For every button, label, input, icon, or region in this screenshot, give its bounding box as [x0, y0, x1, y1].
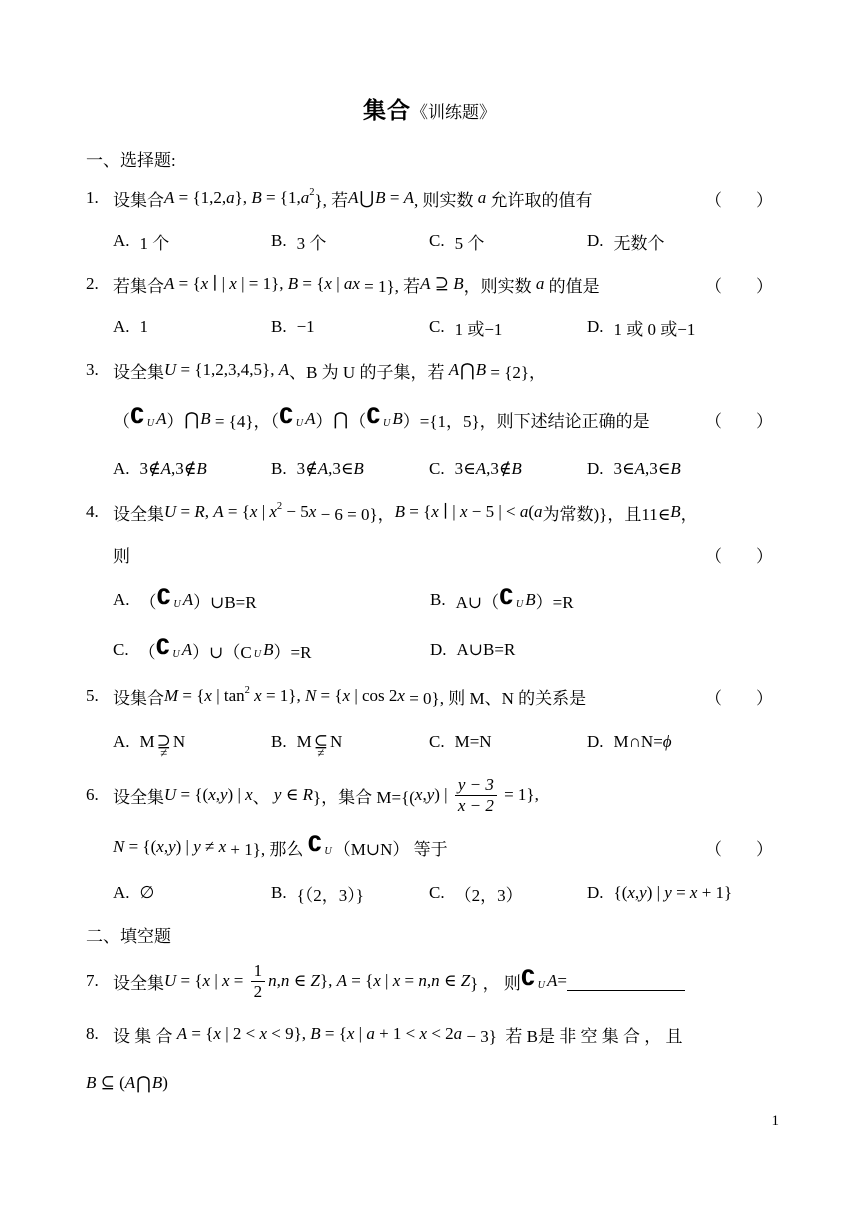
option-a: A.1	[113, 317, 271, 337]
question-number: 4.	[86, 502, 113, 522]
options-row: A.（∁UA）∪B=R B.A∪（∁UB）=R	[86, 575, 773, 625]
option-text: 3∉A,3∈B	[297, 459, 364, 479]
options-row: A.∅ B.{（2，3）} C.（2，3） D.{(x,y) | y = x +…	[86, 871, 773, 915]
option-label: B.	[430, 590, 446, 610]
question-number: 1.	[86, 188, 113, 208]
option-d: D.无数个	[587, 229, 665, 254]
question-line: 则 （ ）	[86, 533, 773, 575]
option-c: C.（∁UA）∪（CUB）=R	[113, 638, 430, 663]
page-number: 1	[772, 1113, 780, 1130]
options-row: C.（∁UA）∪（CUB）=R D.A∪B=R	[86, 625, 773, 675]
option-b: B.A∪（∁UB）=R	[430, 588, 574, 613]
option-text: M=N	[455, 732, 492, 752]
option-d: D.1 或 0 或−1	[587, 315, 695, 340]
option-text: 3∈A,3∉B	[455, 459, 522, 479]
question-number: 7.	[86, 971, 113, 991]
option-label: B.	[271, 317, 287, 337]
option-text: 无数个	[614, 229, 665, 254]
question-6: 6. 设全集U = {(x,y) | x、 y ∈ R}，集合 M={(x,y)…	[86, 767, 773, 915]
question-text: B ⊆ (A⋂B)	[86, 1073, 168, 1094]
question-line: （∁UA）⋂B = {4}，（∁UA）⋂（∁UB）={1，5}，则下述结论正确的…	[86, 391, 773, 447]
question-2: 2. 若集合A = {x ∣ | x | = 1}, B = {x | ax =…	[86, 263, 773, 349]
option-text: 1	[140, 317, 149, 337]
option-text: A∪（∁UB）=R	[456, 588, 574, 613]
option-label: A.	[113, 459, 130, 479]
option-label: C.	[429, 459, 445, 479]
option-text: A∪B=R	[457, 640, 516, 660]
question-4: 4. 设全集U = R, A = {x | x2 − 5x − 6 = 0}，B…	[86, 491, 773, 675]
option-label: D.	[587, 883, 604, 903]
option-label: A.	[113, 231, 130, 251]
question-text: 设集合M = {x | tan2 x = 1}, N = {x | cos 2x…	[113, 684, 586, 709]
option-label: B.	[271, 732, 287, 752]
answer-paren: （ ）	[705, 684, 773, 709]
option-text: （2，3）	[455, 881, 523, 906]
question-line: 1. 设集合A = {1,2,a}, B = {1,a2}, 若A⋃B = A,…	[86, 177, 773, 219]
question-number: 5.	[86, 686, 113, 706]
option-d: D.{(x,y) | y = x + 1}	[587, 883, 732, 903]
question-line: 4. 设全集U = R, A = {x | x2 − 5x − 6 = 0}，B…	[86, 491, 773, 533]
option-label: B.	[271, 459, 287, 479]
option-b: B.−1	[271, 317, 429, 337]
option-text: （∁UA）∪（CUB）=R	[139, 638, 312, 663]
option-text: 3∉A,3∉B	[140, 459, 207, 479]
answer-paren: （ ）	[705, 835, 773, 860]
option-text: 5 个	[455, 229, 485, 254]
question-line: 7. 设全集U = {x | x = 12n,n ∈ Z}, A = {x | …	[86, 953, 773, 1009]
answer-paren: （ ）	[705, 407, 773, 432]
option-c: C.5 个	[429, 229, 587, 254]
option-text: 3∈A,3∈B	[614, 459, 681, 479]
option-label: A.	[113, 590, 130, 610]
option-text: M⊆≠N	[297, 731, 343, 753]
option-d: D.3∈A,3∈B	[587, 459, 681, 479]
title-sub: 《训练题》	[411, 103, 496, 122]
option-d: D.A∪B=R	[430, 640, 515, 660]
option-text: 1 或−1	[455, 315, 503, 340]
option-b: B.3 个	[271, 229, 429, 254]
option-label: D.	[430, 640, 447, 660]
option-text: M⊇≠N	[140, 731, 186, 753]
section-heading-choice: 一、选择题:	[86, 139, 773, 177]
option-label: A.	[113, 883, 130, 903]
option-b: B.3∉A,3∈B	[271, 459, 429, 479]
answer-paren: （ ）	[705, 542, 773, 567]
option-label: B.	[271, 883, 287, 903]
option-label: C.	[429, 883, 445, 903]
option-c: C.1 或−1	[429, 315, 587, 340]
question-text: 若集合A = {x ∣ | x | = 1}, B = {x | ax = 1}…	[113, 272, 600, 297]
option-text: ∅	[140, 883, 155, 903]
question-8: 8. 设 集 合 A = {x | 2 < x < 9}, B = {x | a…	[86, 1009, 773, 1107]
option-label: C.	[429, 231, 445, 251]
question-line: 3. 设全集U = {1,2,3,4,5}, A、B 为 U 的子集，若 A⋂B…	[86, 349, 773, 391]
option-label: D.	[587, 732, 604, 752]
option-text: 1 或 0 或−1	[614, 315, 696, 340]
question-number: 6.	[86, 785, 113, 805]
option-a: A.M⊇≠N	[113, 731, 271, 753]
question-line: 5. 设集合M = {x | tan2 x = 1}, N = {x | cos…	[86, 675, 773, 717]
answer-paren: （ ）	[705, 272, 773, 297]
option-a: A.1 个	[113, 229, 271, 254]
option-text: 3 个	[297, 229, 327, 254]
option-text: {（2，3）}	[297, 881, 364, 906]
question-text: 设全集U = {(x,y) | x、 y ∈ R}，集合 M={(x,y) | …	[113, 775, 539, 815]
answer-paren: （ ）	[705, 186, 773, 211]
question-line: 8. 设 集 合 A = {x | 2 < x < 9}, B = {x | a…	[86, 1009, 773, 1059]
question-5: 5. 设集合M = {x | tan2 x = 1}, N = {x | cos…	[86, 675, 773, 767]
question-number: 8.	[86, 1024, 113, 1044]
section-heading-blank: 二、填空题	[86, 915, 773, 953]
option-label: D.	[587, 231, 604, 251]
question-text: 设集合A = {1,2,a}, B = {1,a2}, 若A⋃B = A, 则实…	[113, 186, 593, 211]
question-text: N = {(x,y) | y ≠ x + 1}, 那么 ∁U（M∪N） 等于	[113, 835, 448, 860]
options-row: A.1 个 B.3 个 C.5 个 D.无数个	[86, 219, 773, 263]
question-text: （∁UA）⋂B = {4}，（∁UA）⋂（∁UB）={1，5}，则下述结论正确的…	[113, 407, 650, 432]
question-7: 7. 设全集U = {x | x = 12n,n ∈ Z}, A = {x | …	[86, 953, 773, 1009]
options-row: A.M⊇≠N B.M⊆≠N C.M=N D.M∩N=ϕ	[86, 717, 773, 767]
question-text: 则	[113, 542, 130, 567]
option-label: C.	[113, 640, 129, 660]
question-line: N = {(x,y) | y ≠ x + 1}, 那么 ∁U（M∪N） 等于 （…	[86, 823, 773, 871]
option-c: C.（2，3）	[429, 881, 587, 906]
options-row: A.1 B.−1 C.1 或−1 D.1 或 0 或−1	[86, 305, 773, 349]
option-label: A.	[113, 732, 130, 752]
options-row: A.3∉A,3∉B B.3∉A,3∈B C.3∈A,3∉B D.3∈A,3∈B	[86, 447, 773, 491]
option-label: D.	[587, 317, 604, 337]
question-number: 3.	[86, 360, 113, 380]
option-c: C.M=N	[429, 732, 587, 752]
question-3: 3. 设全集U = {1,2,3,4,5}, A、B 为 U 的子集，若 A⋂B…	[86, 349, 773, 491]
question-text: 设全集U = {x | x = 12n,n ∈ Z}, A = {x | x =…	[113, 961, 685, 1001]
option-b: B.M⊆≠N	[271, 731, 429, 753]
option-a: A.∅	[113, 883, 271, 903]
question-line: B ⊆ (A⋂B)	[86, 1059, 773, 1107]
option-label: B.	[271, 231, 287, 251]
option-c: C.3∈A,3∉B	[429, 459, 587, 479]
option-text: {(x,y) | y = x + 1}	[614, 883, 733, 903]
question-text: 设全集U = {1,2,3,4,5}, A、B 为 U 的子集，若 A⋂B = …	[113, 358, 546, 383]
question-number: 2.	[86, 274, 113, 294]
option-b: B.{（2，3）}	[271, 881, 429, 906]
option-label: C.	[429, 317, 445, 337]
option-text: −1	[297, 317, 315, 337]
option-label: C.	[429, 732, 445, 752]
question-line: 2. 若集合A = {x ∣ | x | = 1}, B = {x | ax =…	[86, 263, 773, 305]
question-text: 设全集U = R, A = {x | x2 − 5x − 6 = 0}，B = …	[113, 500, 698, 525]
option-a: A.（∁UA）∪B=R	[113, 588, 430, 613]
option-text: （∁UA）∪B=R	[140, 588, 257, 613]
question-text: 设 集 合 A = {x | 2 < x < 9}, B = {x | a + …	[113, 1022, 683, 1047]
worksheet-page: 集合《训练题》 一、选择题: 1. 设集合A = {1,2,a}, B = {1…	[0, 0, 859, 1214]
option-label: D.	[587, 459, 604, 479]
question-1: 1. 设集合A = {1,2,a}, B = {1,a2}, 若A⋃B = A,…	[86, 177, 773, 263]
page-title: 集合《训练题》	[86, 92, 773, 125]
question-line: 6. 设全集U = {(x,y) | x、 y ∈ R}，集合 M={(x,y)…	[86, 767, 773, 823]
option-d: D.M∩N=ϕ	[587, 732, 672, 752]
option-a: A.3∉A,3∉B	[113, 459, 271, 479]
option-label: A.	[113, 317, 130, 337]
option-text: 1 个	[140, 229, 170, 254]
option-text: M∩N=ϕ	[614, 732, 672, 752]
title-main: 集合	[363, 98, 411, 123]
